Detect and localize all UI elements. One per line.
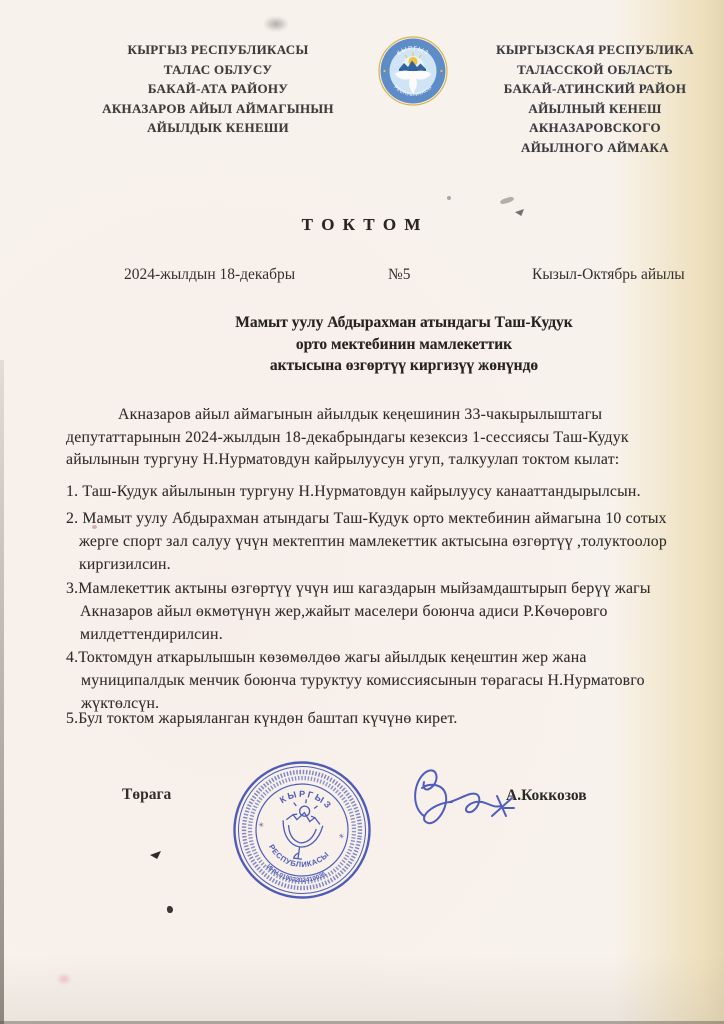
kyrgyzstan-coat-of-arms-icon: КЫРГЫЗ РЕСПУБЛИКАСЫ: [378, 36, 448, 106]
scan-speck: [167, 906, 173, 913]
document-title: Т О К Т О М: [0, 215, 724, 235]
letterhead-kyrgyz: КЫРГЫЗ РЕСПУБЛИКАСЫ ТАЛАС ОБЛУСУ БАКАЙ-А…: [86, 40, 350, 138]
document-place: Кызыл-Октябрь айылы: [532, 266, 685, 284]
document-subject: Мамыт уулу Абдырахман атындагы Таш-Кудук…: [84, 312, 724, 377]
decree-item-1: 1. Таш-Кудук айылынын тургуну Н.Нурматов…: [66, 480, 724, 503]
decree-item-3: 3.Мамлекеттик актыны өзгөртүү үчүн иш ка…: [66, 577, 724, 646]
document-number: №5: [388, 266, 411, 284]
seal-star-right: ✳: [338, 832, 345, 841]
official-seal-icon: КЫРГЫЗ РЕСПУБЛИКАСЫ ИНН 01903202410035 ✳…: [231, 759, 373, 901]
seal-inner-top-text: КЫРГЫЗ: [277, 785, 336, 812]
scan-speck: [447, 196, 451, 200]
scan-speck: [150, 851, 161, 859]
scan-pink-smudge: [56, 973, 72, 985]
scan-bottom-shade: [0, 954, 724, 1024]
preamble-paragraph: Акназаров айыл аймагынын айылдык кеңешин…: [66, 404, 698, 472]
decree-item-5: 5.Бул токтом жарыяланган күндөн баштап к…: [66, 707, 724, 730]
svg-text:КЫРГЫЗ: КЫРГЫЗ: [277, 785, 336, 812]
scan-pen-mark: [500, 196, 515, 205]
seal-star-left: ✳: [258, 821, 265, 830]
seal-emblem-drawing: [278, 797, 326, 863]
signer-role-label: Төрага: [122, 786, 171, 804]
scan-smudge: [263, 16, 289, 32]
scan-left-edge: [0, 360, 4, 1024]
decree-item-2: 2. Мамыт уулу Абдырахман атындагы Таш-Ку…: [66, 507, 724, 576]
document-date: 2024-жылдын 18-декабры: [124, 266, 295, 284]
letterhead-russian: КЫРГЫЗСКАЯ РЕСПУБЛИКА ТАЛАССКОЙ ОБЛАСТЬ …: [466, 40, 724, 157]
decree-item-4: 4.Токтомдун аткарылышын көзөмөлдөө жагы …: [66, 646, 724, 715]
signer-name: А.Коккозов: [506, 787, 587, 805]
